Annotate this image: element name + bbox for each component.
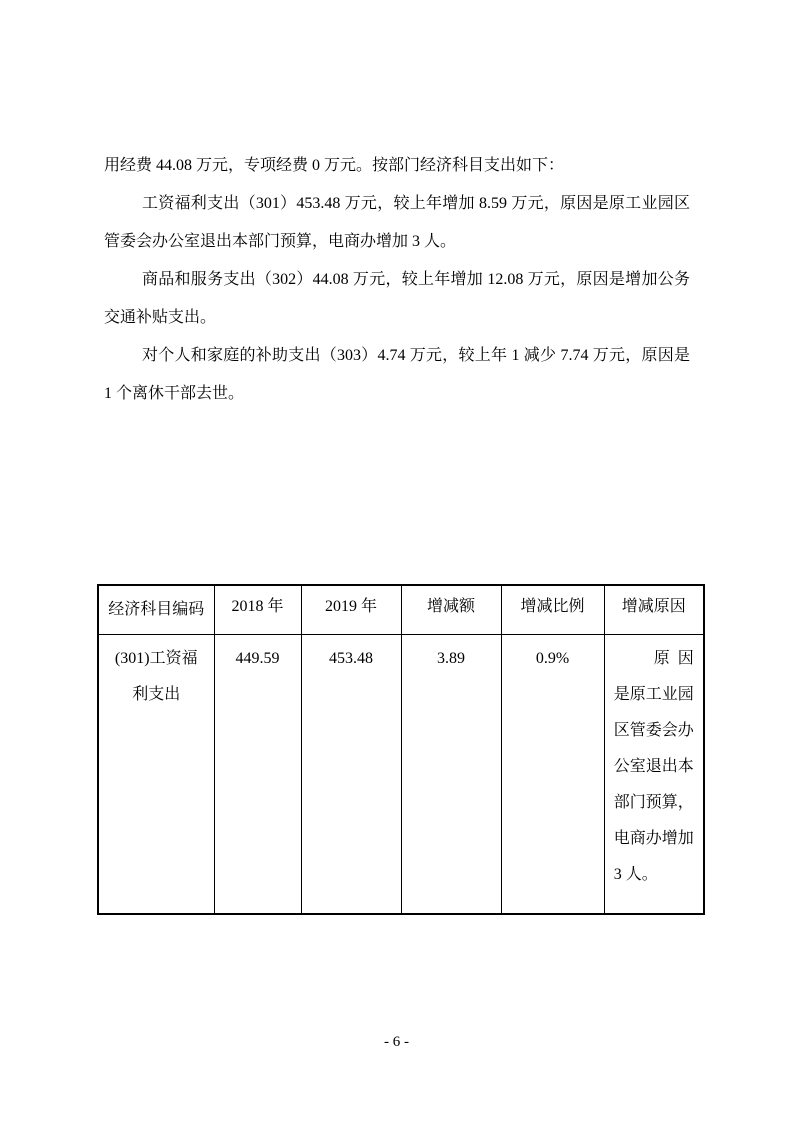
table-header-row: 经济科目编码 2018 年 2019 年 增减额 增减比例 增减原因 xyxy=(98,585,704,634)
column-header-subject-code: 经济科目编码 xyxy=(98,585,214,634)
body-text: 用经费 44.08 万元，专项经费 0 万元。按部门经济科目支出如下： 工资福利… xyxy=(104,147,690,413)
cell-2018-value: 449.59 xyxy=(214,634,301,914)
page-number: - 6 - xyxy=(0,1033,793,1051)
budget-change-table: 经济科目编码 2018 年 2019 年 增减额 增减比例 增减原因 (301)… xyxy=(97,584,705,915)
column-header-2019: 2019 年 xyxy=(301,585,401,634)
cell-change-amount: 3.89 xyxy=(401,634,501,914)
paragraph-301: 工资福利支出（301）453.48 万元，较上年增加 8.59 万元，原因是原工… xyxy=(104,185,690,261)
column-header-2018: 2018 年 xyxy=(214,585,301,634)
paragraph-intro: 用经费 44.08 万元，专项经费 0 万元。按部门经济科目支出如下： xyxy=(104,147,690,185)
paragraph-302: 商品和服务支出（302）44.08 万元，较上年增加 12.08 万元，原因是增… xyxy=(104,261,690,337)
cell-change-ratio: 0.9% xyxy=(501,634,604,914)
table-row: (301)工资福利支出 449.59 453.48 3.89 0.9% 原因是原… xyxy=(98,634,704,914)
column-header-change-reason: 增减原因 xyxy=(604,585,704,634)
cell-change-reason: 原因是原工业园区管委会办公室退出本部门预算，电商办增加 3 人。 xyxy=(604,634,704,914)
column-header-change-ratio: 增减比例 xyxy=(501,585,604,634)
paragraph-303: 对个人和家庭的补助支出（303）4.74 万元，较上年 1 减少 7.74 万元… xyxy=(104,337,690,413)
cell-2019-value: 453.48 xyxy=(301,634,401,914)
column-header-change-amount: 增减额 xyxy=(401,585,501,634)
cell-subject-code: (301)工资福利支出 xyxy=(98,634,214,914)
